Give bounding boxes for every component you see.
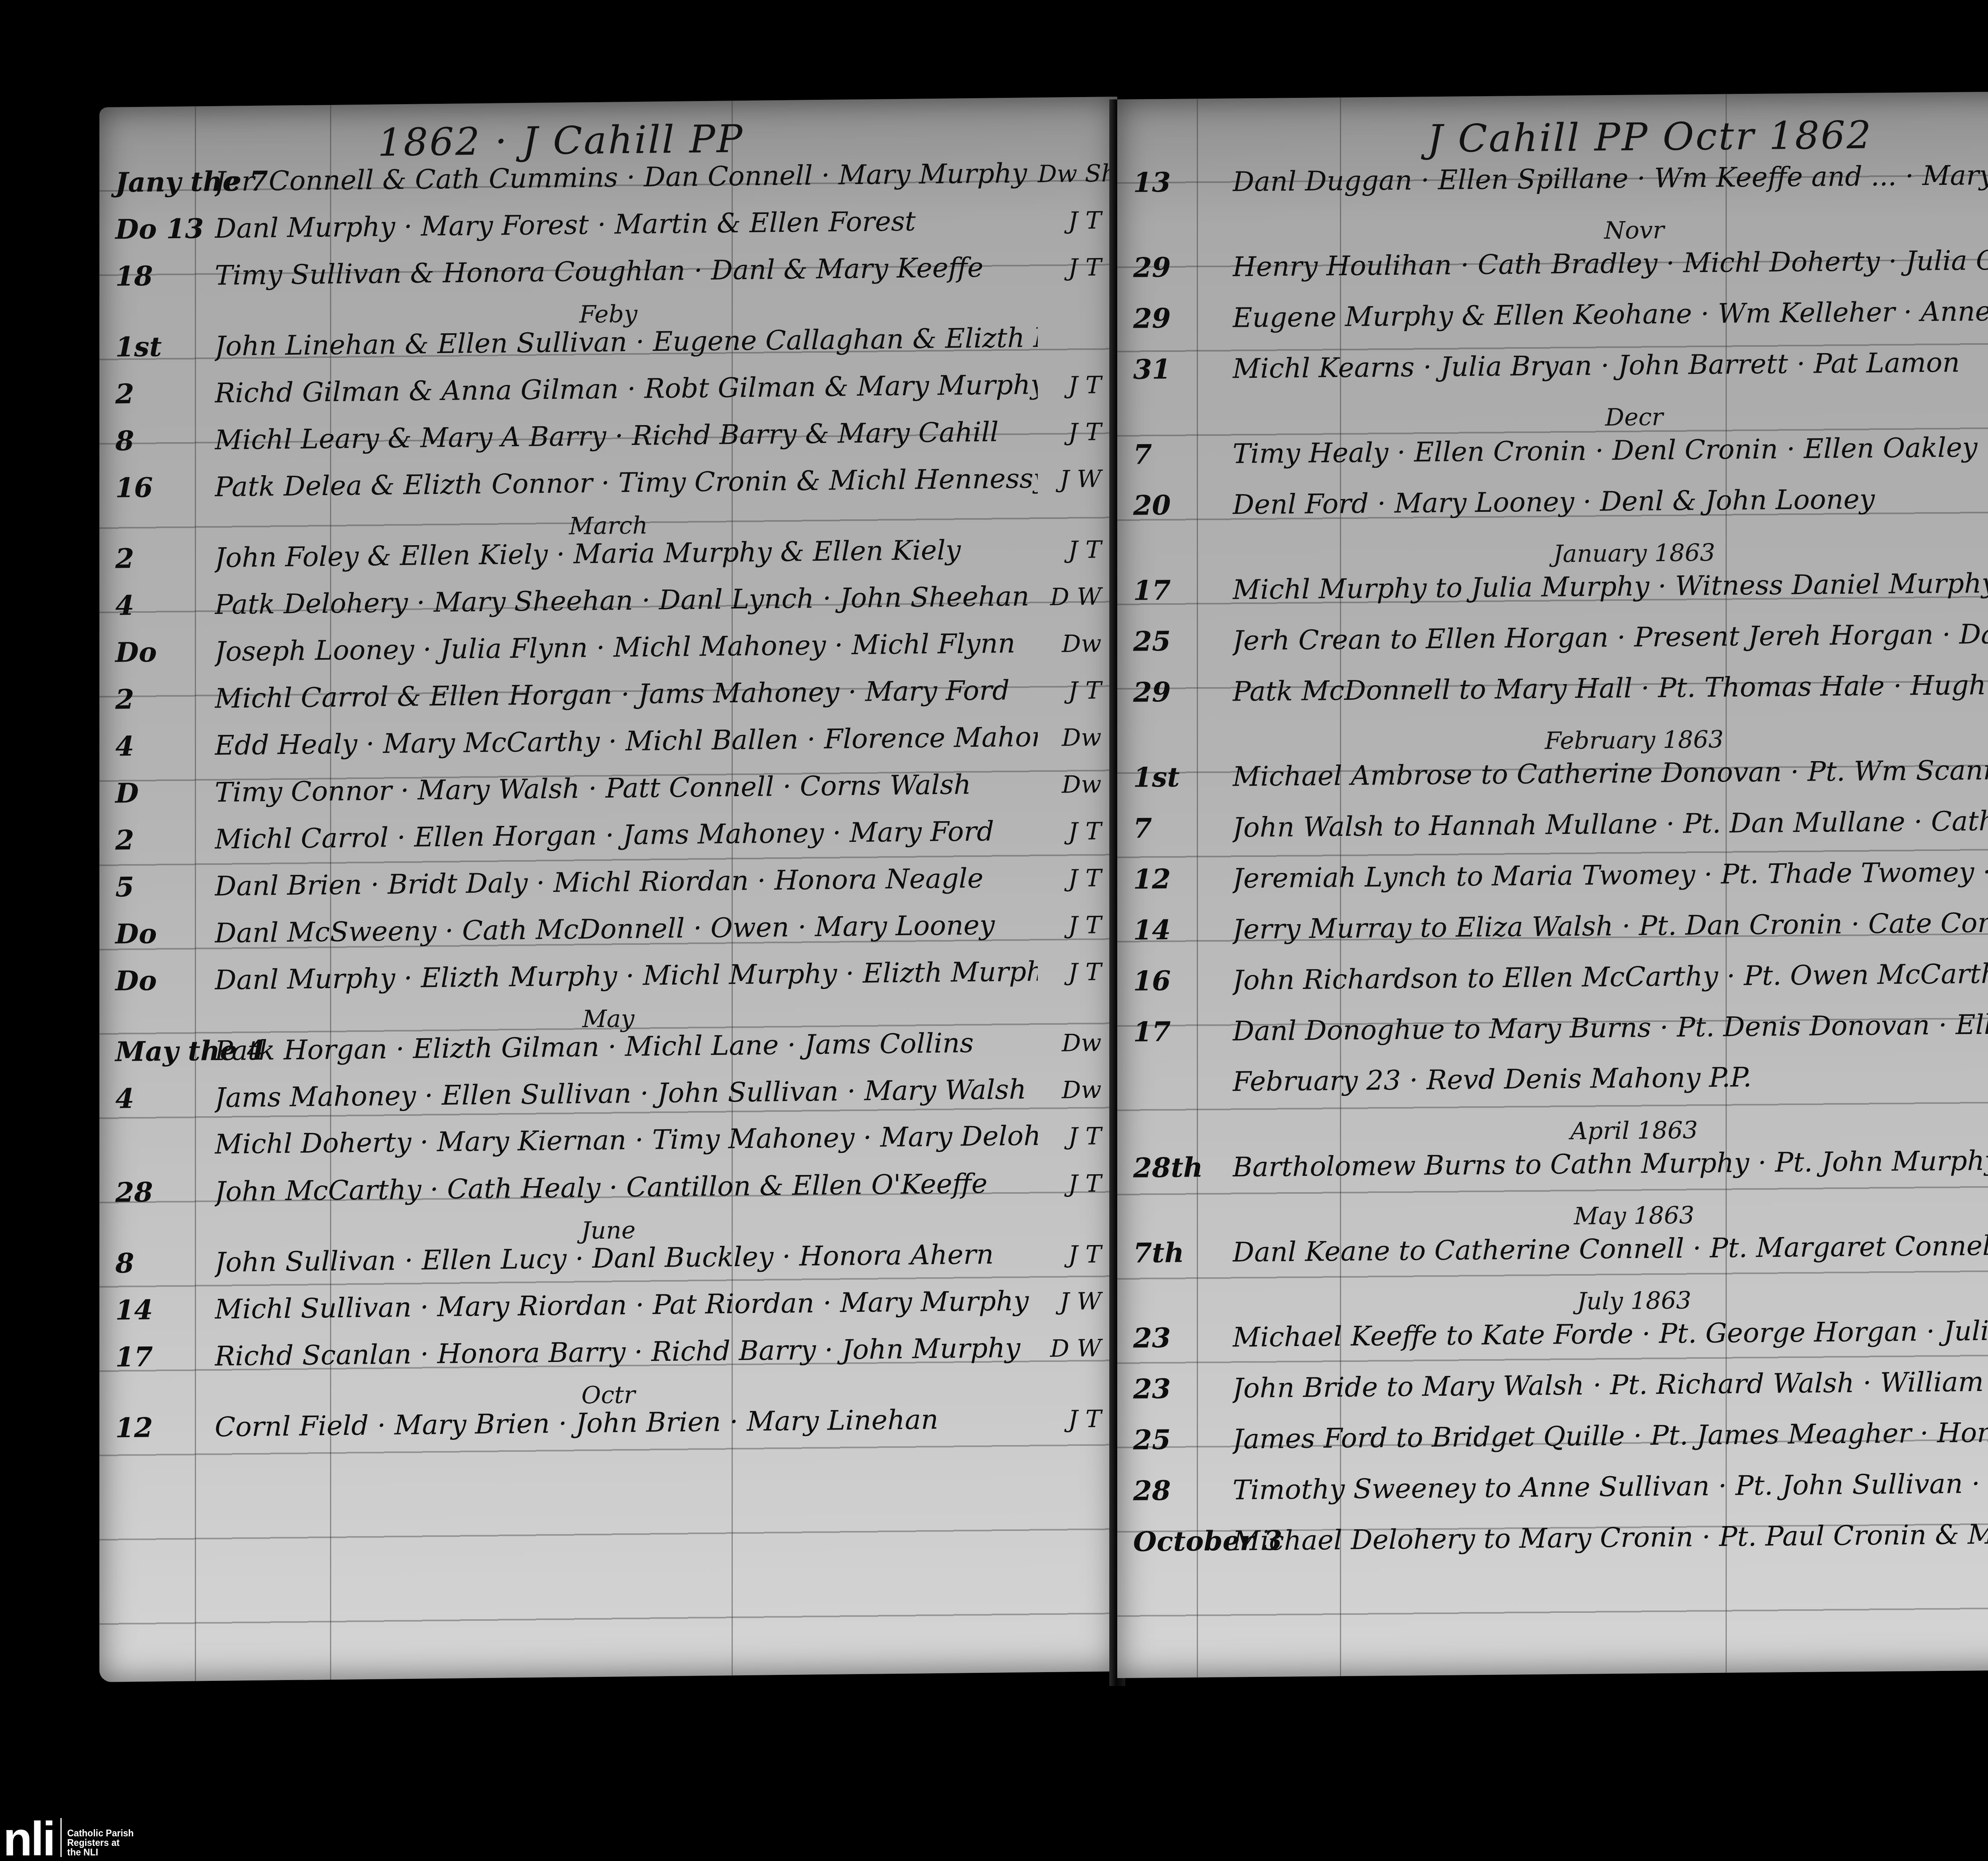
register-entry: 25Jerh Crean to Ellen Horgan · Present J… [1133,617,1988,677]
register-entry: 31Michl Kearns · Julia Bryan · John Barr… [1133,345,1988,405]
entry-officiant-mark: J T [1038,677,1101,705]
entry-date: 25 [1133,625,1233,657]
entry-names: James Ford to Bridget Quille · Pt. James… [1233,1416,1988,1455]
register-entry: 29Eugene Murphy & Ellen Keohane · Wm Kel… [1133,294,1988,354]
entry-names: Bartholomew Burns to Cathn Murphy · Pt. … [1233,1144,1988,1183]
entry-officiant-mark: J W [1038,1288,1101,1316]
entry-names: Jerry Murray to Eliza Walsh · Pt. Dan Cr… [1233,907,1988,945]
entry-date: D [115,777,215,810]
entry-date: 17 [115,1340,215,1373]
register-entry: 7Timy Healy · Ellen Cronin · Denl Cronin… [1133,430,1988,490]
entry-date: 2 [115,683,215,716]
entry-date: Do [115,636,215,669]
right-register-page: J Cahill PP Octr 1862 13Danl Duggan · El… [1117,90,1988,1678]
entry-officiant-mark: J T [1038,1405,1101,1434]
entry-date: 8 [115,424,215,457]
left-page-header: 1862 · J Cahill PP [378,117,744,165]
entry-date: 4 [115,589,215,622]
entry-names: John Bride to Mary Walsh · Pt. Richard W… [1233,1366,1988,1404]
entry-officiant-mark: J W [1038,465,1101,494]
entry-date: 4 [115,1082,215,1115]
entry-names: Denl Ford · Mary Looney · Denl & John Lo… [1233,482,1988,521]
entry-date: 29 [1133,251,1233,284]
entry-names: Michael Keeffe to Kate Forde · Pt. Georg… [1233,1315,1988,1353]
entry-names: Michael Ambrose to Catherine Donovan · P… [1233,754,1988,793]
entry-officiant-mark: J T [1038,1170,1101,1199]
entry-names: Eugene Murphy & Ellen Keohane · Wm Kelle… [1233,295,1988,334]
entry-officiant-mark: D W [1038,583,1101,612]
register-entry: 29Henry Houlihan · Cath Bradley · Michl … [1133,243,1988,303]
entry-names: Timothy Sweeney to Anne Sullivan · Pt. J… [1233,1467,1988,1506]
right-page-header: J Cahill PP Octr 1862 [1427,113,1873,161]
entry-date: 14 [115,1294,215,1327]
nli-logo: nli Catholic Parish Registers at the NLI [3,1817,134,1857]
entry-date: 16 [1133,964,1233,997]
entry-date: Do 13 [115,213,215,246]
register-entry: 16John Richardson to Ellen McCarthy · Pt… [1133,957,1988,1016]
register-entry: 14Jerry Murray to Eliza Walsh · Pt. Dan … [1133,906,1988,965]
logo-text-line: Catholic Parish [67,1828,134,1838]
entry-date: 23 [1133,1321,1233,1354]
entry-date: 13 [1133,166,1233,198]
entry-date: 31 [1133,353,1233,385]
register-entry: 1stMichael Ambrose to Catherine Donovan … [1133,753,1988,813]
entry-date: 25 [1133,1423,1233,1456]
entry-officiant-mark: Dw [1038,724,1101,752]
register-entry: 23John Bride to Mary Walsh · Pt. Richard… [1133,1365,1988,1424]
entry-officiant-mark: J T [1038,911,1101,940]
entry-officiant-mark: Dw Shea [1038,160,1101,188]
register-entry: 29Patk McDonnell to Mary Hall · Pt. Thom… [1133,668,1988,728]
register-entry: 28thBartholomew Burns to Cathn Murphy · … [1133,1144,1988,1203]
entry-officiant-mark [1038,346,1101,347]
register-entry: 17Michl Murphy to Julia Murphy · Witness… [1133,566,1988,626]
entry-date: 1st [115,330,215,363]
entry-names: Michl Murphy to Julia Murphy · Witness D… [1233,567,1988,606]
entry-officiant-mark: J T [1038,418,1101,447]
entry-date: 18 [115,260,215,293]
entry-date: 17 [1133,574,1233,606]
entry-date: Jany the 7 [115,166,215,199]
entry-date: 23 [1133,1372,1233,1405]
register-entry: 12Cornl Field · Mary Brien · John Brien … [115,1402,1101,1459]
entry-date: October 3 [1133,1525,1233,1558]
entry-date: 14 [1133,913,1233,946]
entry-names: Michael Delohery to Mary Cronin · Pt. Pa… [1233,1518,1988,1557]
entry-names: John Richardson to Ellen McCarthy · Pt. … [1233,958,1988,996]
entry-officiant-mark: J T [1038,818,1101,846]
entry-names: Jer. Connell & Cath Cummins · Dan Connel… [215,157,1038,198]
entry-date: 2 [115,377,215,410]
entry-officiant-mark: Dw [1038,1029,1101,1058]
entry-date: 28 [115,1176,215,1209]
entry-names: Jeremiah Lynch to Maria Twomey · Pt. Tha… [1233,856,1988,894]
entry-date: 8 [115,1247,215,1280]
entry-names: Danl Donoghue to Mary Burns · Pt. Denis … [1233,1008,1988,1047]
entry-officiant-mark: J T [1038,864,1101,893]
logo-divider [60,1818,62,1857]
register-entry: 7John Walsh to Hannah Mullane · Pt. Dan … [1133,804,1988,864]
left-entries-list: Jany the 7Jer. Connell & Cath Cummins · … [115,157,1101,1459]
entry-date: 5 [115,870,215,903]
nli-logo-mark: nli [3,1821,54,1857]
entry-officiant-mark: D W [1038,1335,1101,1363]
entry-date [1133,1091,1233,1092]
entry-date: Do [115,917,215,950]
entry-date [115,1154,215,1155]
entry-officiant-mark: Dw [1038,1076,1101,1105]
entry-officiant-mark: J T [1038,207,1101,235]
entry-officiant-mark: J T [1038,371,1101,400]
right-entries-list: 13Danl Duggan · Ellen Spillane · Wm Keef… [1133,158,1988,1577]
entry-date: 29 [1133,302,1233,334]
register-entry: 20Denl Ford · Mary Looney · Denl & John … [1133,481,1988,541]
register-image-viewer: 1862 · J Cahill PP Jany the 7Jer. Connel… [0,0,1988,1861]
entry-date: 4 [115,730,215,763]
entry-names: Henry Houlihan · Cath Bradley · Michl Do… [1233,244,1988,283]
left-register-page: 1862 · J Cahill PP Jany the 7Jer. Connel… [99,97,1117,1682]
entry-officiant-mark: J T [1038,958,1101,987]
register-entry: October 3Michael Delohery to Mary Cronin… [1133,1517,1988,1577]
register-entry: 17Danl Donoghue to Mary Burns · Pt. Deni… [1133,1008,1988,1067]
register-entry: 12Jeremiah Lynch to Maria Twomey · Pt. T… [1133,855,1988,915]
entry-date: May the 4 [115,1035,215,1068]
entry-names: Danl Keane to Catherine Connell · Pt. Ma… [1233,1230,1988,1268]
entry-date: 2 [115,824,215,857]
entry-names: Timy Healy · Ellen Cronin · Denl Cronin … [1233,431,1988,470]
entry-names: Jerh Crean to Ellen Horgan · Present Jer… [1233,618,1988,657]
register-entry: 7thDanl Keane to Catherine Connell · Pt.… [1133,1229,1988,1288]
logo-text-line: Registers at [67,1838,134,1847]
entry-officiant-mark: Dw [1038,771,1101,799]
register-entry: 25James Ford to Bridget Quille · Pt. Jam… [1133,1416,1988,1475]
nli-logo-text: Catholic Parish Registers at the NLI [67,1828,134,1857]
register-entry: February 23 · Revd Denis Mahony P.P. [1133,1059,1988,1118]
entry-officiant-mark: J T [1038,1241,1101,1269]
register-entry: 23Michael Keeffe to Kate Forde · Pt. Geo… [1133,1314,1988,1373]
entry-date: 20 [1133,489,1233,521]
entry-date: 17 [1133,1015,1233,1048]
entry-date: 16 [115,471,215,504]
entry-date: 12 [115,1411,215,1444]
entry-date: 1st [1133,761,1233,793]
entry-officiant-mark: J T [1038,254,1101,282]
entry-date: Do [115,964,215,997]
register-entry: 28Timothy Sweeney to Anne Sullivan · Pt.… [1133,1467,1988,1526]
entry-names: Patk McDonnell to Mary Hall · Pt. Thomas… [1233,669,1988,707]
entry-date: 7th [1133,1236,1233,1269]
logo-text-line: the NLI [67,1847,134,1857]
entry-names: Michl Kearns · Julia Bryan · John Barret… [1233,346,1988,385]
entry-names: Danl Duggan · Ellen Spillane · Wm Keeffe… [1233,159,1988,198]
entry-date: 7 [1133,812,1233,844]
entry-date: 2 [115,542,215,575]
entry-officiant-mark: Dw [1038,630,1101,659]
entry-date: 12 [1133,863,1233,895]
entry-officiant-mark: J T [1038,1123,1101,1151]
entry-date: 7 [1133,438,1233,470]
entry-date: 29 [1133,676,1233,708]
entry-officiant-mark: J T [1038,536,1101,565]
entry-date: 28th [1133,1151,1233,1184]
register-entry: 13Danl Duggan · Ellen Spillane · Wm Keef… [1133,158,1988,218]
entry-names: John Walsh to Hannah Mullane · Pt. Dan M… [1233,805,1988,843]
entry-date: 28 [1133,1474,1233,1507]
